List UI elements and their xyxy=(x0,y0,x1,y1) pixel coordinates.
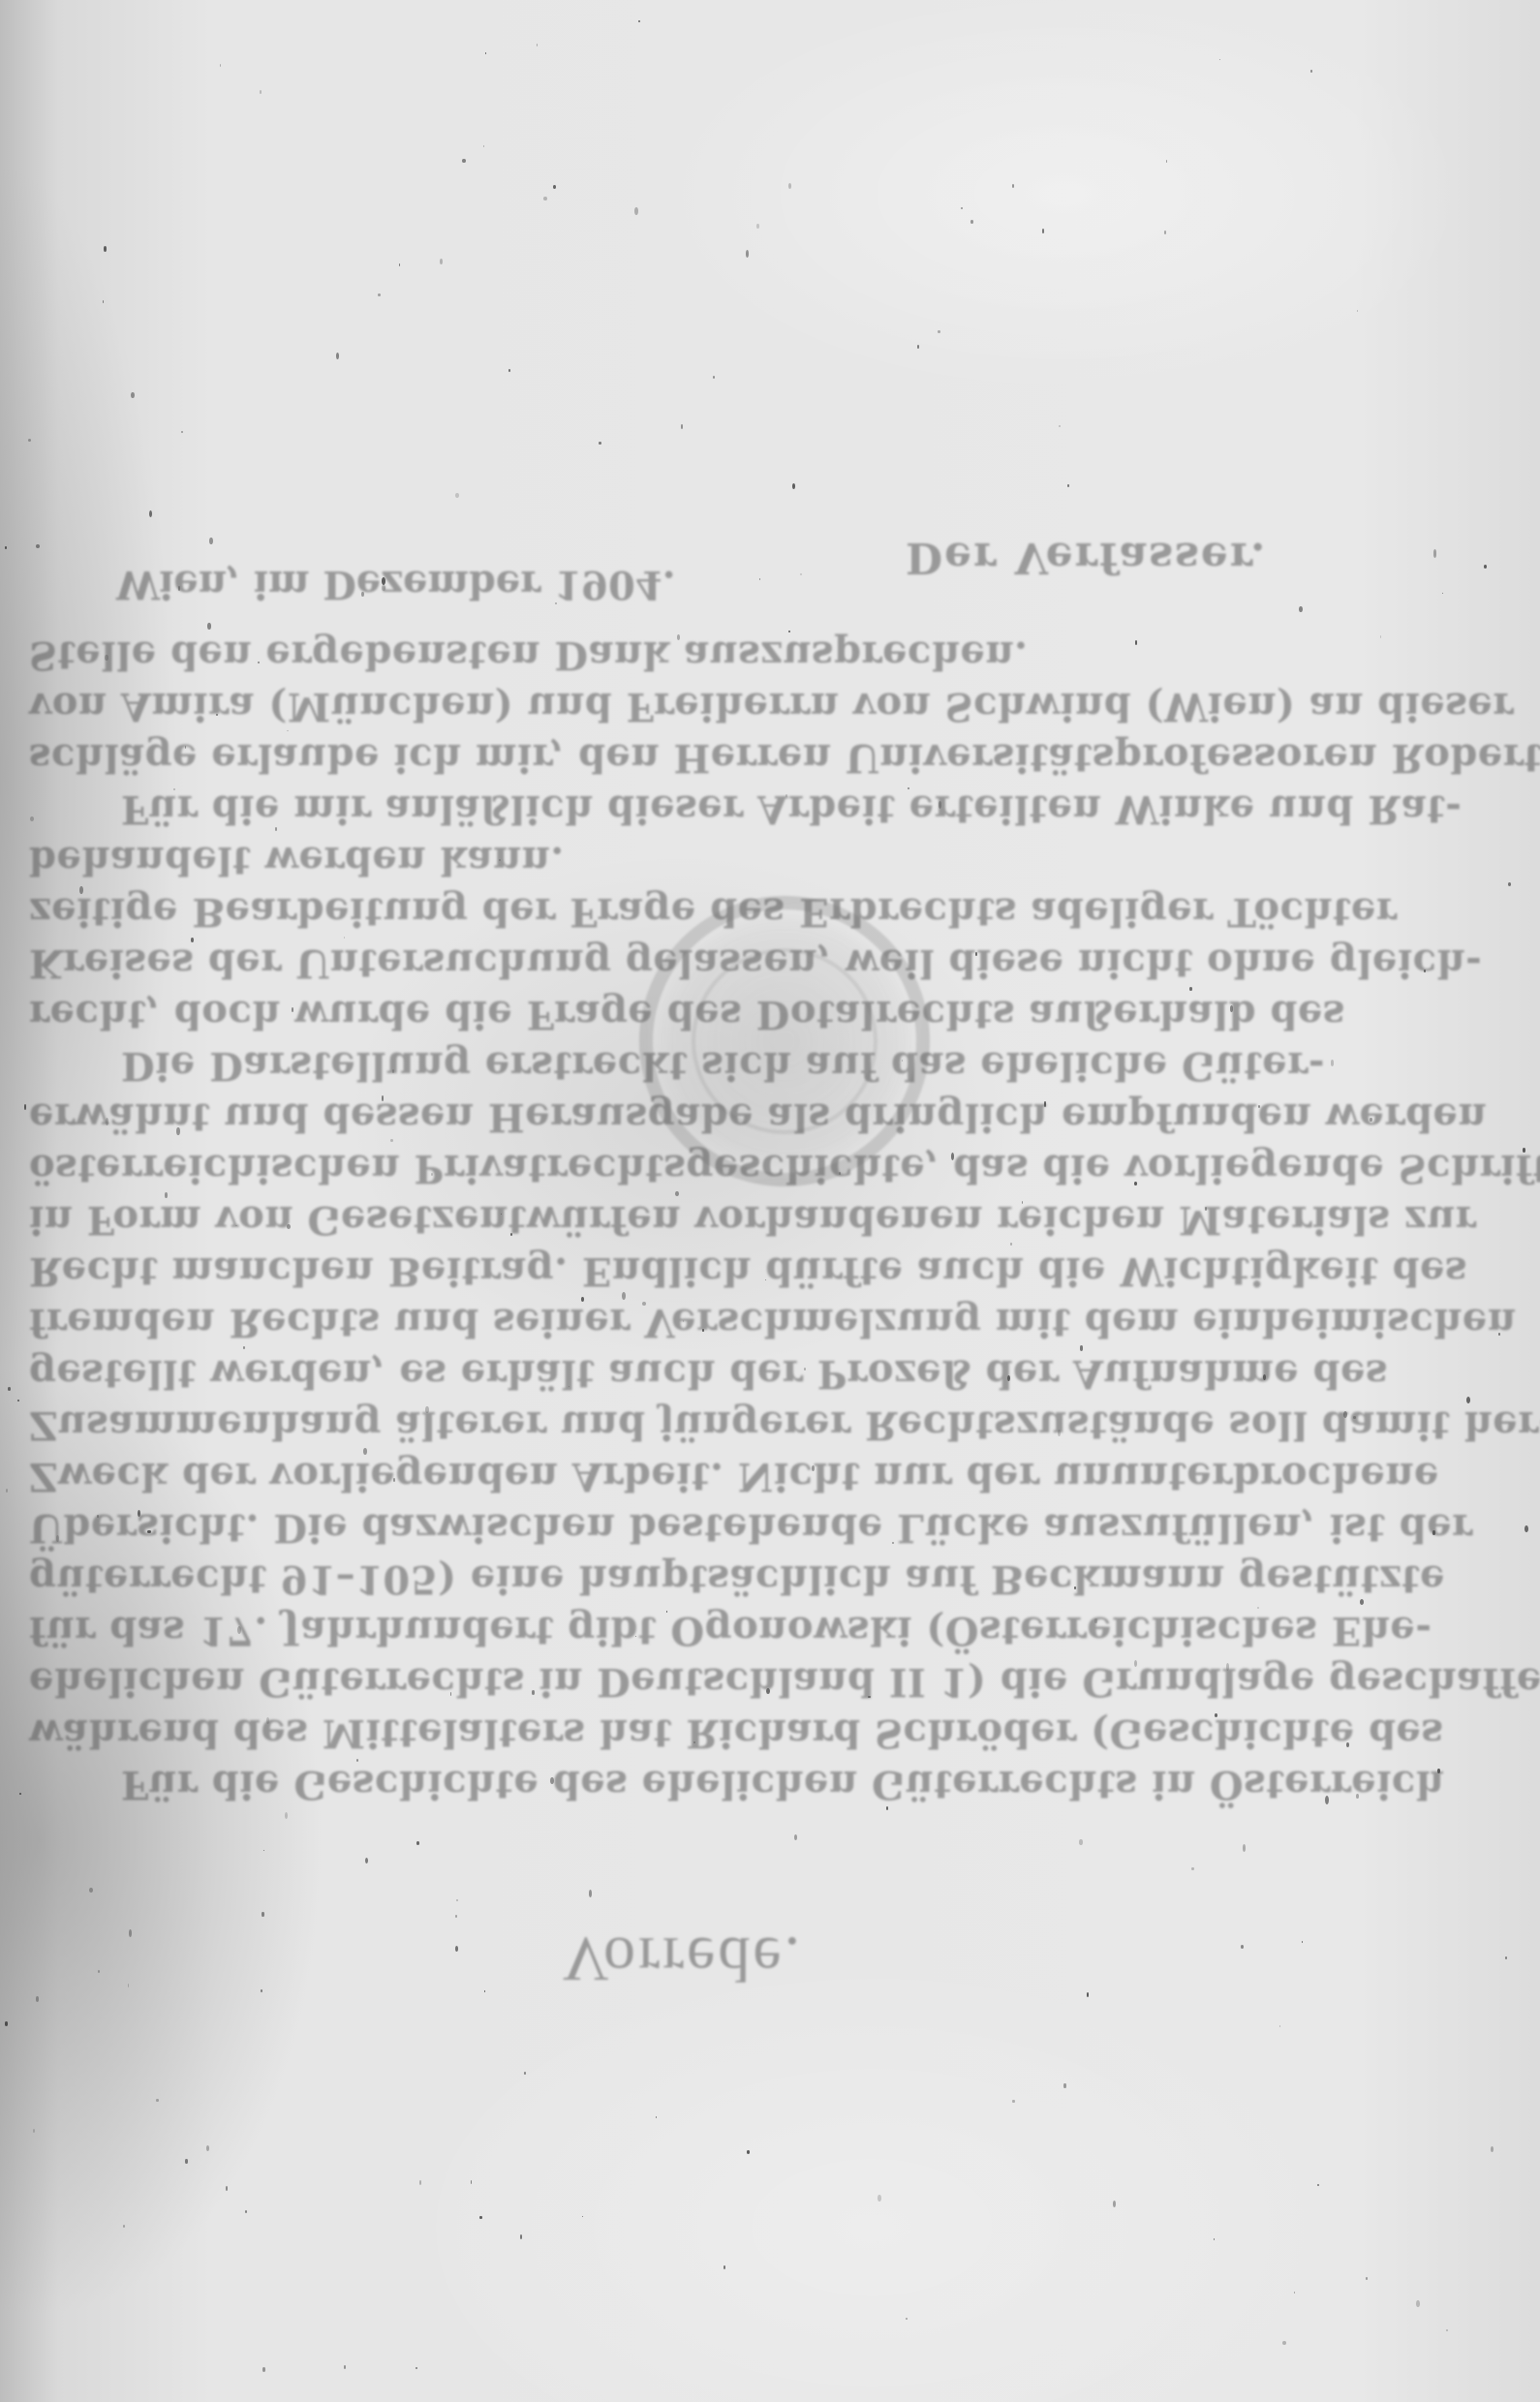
signature-place-date: Wien, im Dezember 1904. xyxy=(116,562,676,606)
text-line: güterrecht 91–105) eine hauptsächlich au… xyxy=(29,1556,1298,1601)
text-line: fremden Rechts und seiner Verschmelzung … xyxy=(29,1300,1298,1344)
text-line: in Form von Gesetzentwürfen vorhandenen … xyxy=(29,1197,1298,1242)
text-line: zeitige Bearbeitung der Frage des Erbrec… xyxy=(29,889,1298,934)
library-stamp-icon xyxy=(639,896,930,1186)
text-line: Für die mir anläßlich dieser Arbeit erte… xyxy=(121,786,1298,831)
text-line: Zusammenhang älterer und jüngerer Rechts… xyxy=(29,1402,1298,1447)
text-line: von Amira (München) und Freiherrn von Sc… xyxy=(29,684,1298,728)
text-line: Übersicht. Die dazwischen bestehende Lüc… xyxy=(29,1505,1298,1550)
text-line: österreichischen Privatrechtsgeschichte,… xyxy=(29,1146,1298,1190)
text-line: Recht manchen Beitrag. Endlich dürfte au… xyxy=(29,1248,1298,1293)
bleed-through-page: Vorrede. Für die Geschichte des eheliche… xyxy=(0,0,1540,2402)
page-title: Vorrede. xyxy=(0,1922,1453,1995)
text-line: während des Mittelalters hat Richard Sch… xyxy=(29,1710,1298,1755)
text-line: schläge erlaube ich mir, den Herren Univ… xyxy=(29,735,1298,780)
text-line: Stelle den ergebensten Dank auszuspreche… xyxy=(29,632,1298,677)
text-line: für das 17. Jahrhundert gibt Ogonowski (… xyxy=(29,1608,1298,1652)
stamp-inner-ring xyxy=(692,948,878,1134)
text-line: behandelt werden kann. xyxy=(29,838,1298,882)
signature-author: Der Verfasser. xyxy=(906,535,1267,579)
text-line: Für die Geschichte des ehelichen Güterre… xyxy=(121,1762,1298,1806)
text-line: Zweck der vorliegenden Arbeit. Nicht nur… xyxy=(29,1454,1298,1498)
text-line: gestellt werden, es erhält auch der Proz… xyxy=(29,1351,1298,1396)
text-line: ehelichen Güterrechts in Deutschland II … xyxy=(29,1659,1298,1704)
